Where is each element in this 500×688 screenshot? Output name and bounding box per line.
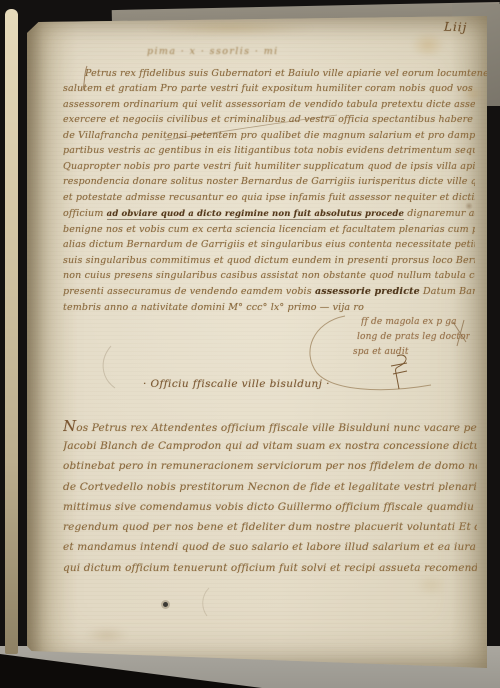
text-line: de Cortvedello nobis prestitorum Necnon …: [63, 481, 477, 493]
text-line: et potestate admisse recusantur eo quia …: [63, 192, 475, 204]
note-line: long de prats leg doctor: [357, 331, 470, 343]
text-line: Petrus rex ffidelibus suis Gubernatori e…: [85, 68, 497, 80]
text-line: Nos Petrus rex Attendentes officium ffis…: [63, 420, 477, 434]
text-line: non cuius presens singularibus casibus a…: [63, 270, 475, 282]
entry-1-text: Petrus rex ffidelibus suis Gubernatori e…: [63, 68, 479, 320]
book-fore-edge: [5, 9, 18, 654]
inserted-correction: ad obviare quod a dicto regimine non fui…: [107, 209, 404, 220]
text-line: et mandamus intendi quod de suo salario …: [63, 541, 477, 553]
text-line: alias dictum Bernardum de Garrigiis et s…: [63, 239, 475, 251]
text-line: suis singularibus commitimus et quod dic…: [63, 255, 475, 267]
text-line: regendum quod per nos bene et fideliter …: [63, 521, 477, 533]
text-line: de Villafrancha penitensi petentem pro q…: [63, 130, 475, 142]
emphasised-words: assessorie predicte: [315, 286, 420, 297]
folio-number: Liij: [444, 20, 468, 35]
text-line: Quapropter nobis pro parte vestri fuit h…: [63, 161, 475, 173]
text-line: partibus vestris ac gentibus in eis liti…: [63, 145, 475, 157]
text-line: obtinebat pero in remuneracionem servici…: [63, 460, 477, 472]
text-line: Jacobi Blanch de Camprodon qui ad vitam …: [63, 440, 477, 452]
text-line: tembris anno a nativitate domini M° ccc°…: [63, 302, 364, 314]
faint-arc: [203, 588, 209, 616]
faint-arc: [103, 346, 115, 388]
text-line: exercere et negociis civilibus et crimin…: [63, 114, 475, 126]
wormhole-dot: [163, 602, 168, 607]
text-segment: dignaremur aco ipsa supplicacione admiss…: [404, 208, 475, 219]
text-segment: Datum Barchinone pridie die sep: [420, 286, 475, 297]
text-line-dated: presenti assecuramus de vendendo eamdem …: [63, 286, 475, 298]
text-line: benigne nos et vobis cum ex certa scienc…: [63, 224, 475, 236]
parchment-stain: [85, 626, 129, 644]
bleedthrough-marks: [145, 20, 315, 36]
text-line: respondencia donare solitus noster Berna…: [63, 176, 475, 188]
text-line-with-insertion: officium ad obviare quod a dicto regimin…: [63, 208, 475, 220]
text-segment: officium: [63, 208, 107, 219]
note-line: spa et audit: [353, 346, 409, 358]
text-line: salutem et gratiam Pro parte vestri fuit…: [63, 83, 475, 95]
parchment-stain: [411, 32, 445, 58]
note-line: ff de magola ex p ga: [361, 316, 457, 328]
manuscript-photo: Liij pima · x · ssorlis · mi Petrus rex …: [0, 0, 500, 688]
section-heading: · Officiu ffiscalie ville bisuldunj ·: [143, 378, 330, 390]
chancery-note: ff de magola ex p ga long de prats leg d…: [353, 316, 493, 376]
text-line: mittimus sive comendamus vobis dicto Gui…: [63, 501, 477, 513]
text-segment: presenti assecuramus de vendendo eamdem …: [63, 286, 315, 297]
text-line: assessorem ordinarium qui velit assessor…: [63, 99, 475, 111]
manuscript-page: Liij pima · x · ssorlis · mi Petrus rex …: [27, 16, 487, 668]
text-line: qui dictum officium tenuerunt officium f…: [63, 562, 477, 574]
faded-rubric: pima · x · ssorlis · mi: [147, 46, 279, 57]
entry-2-text: Nos Petrus rex Attendentes officium ffis…: [63, 420, 479, 586]
